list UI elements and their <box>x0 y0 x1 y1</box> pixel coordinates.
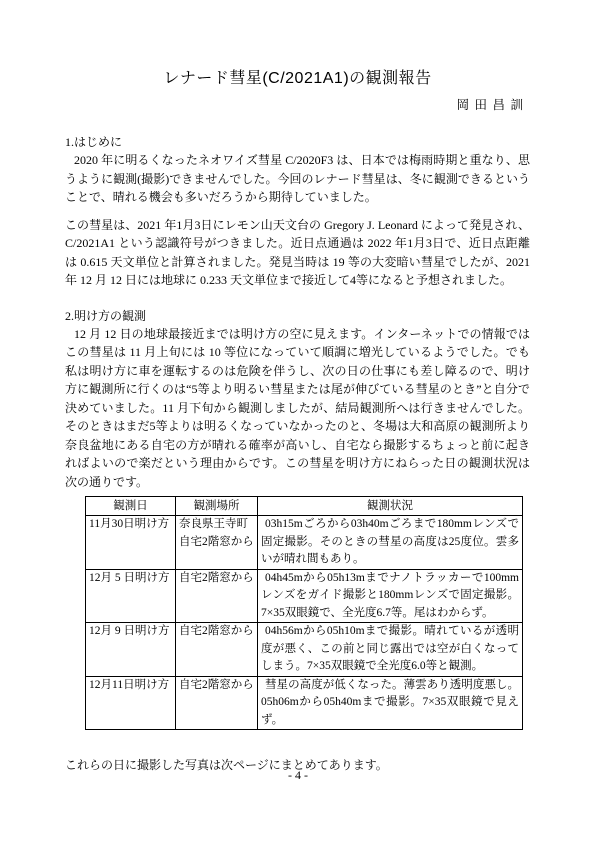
table-row: 12月 5 日明け方 自宅2階窓から 04h45mから05h13mまでナノトラッ… <box>86 569 523 623</box>
document-page: レナード彗星(C/2021A1)の観測報告 岡 田 昌 訓 1.はじめに 202… <box>0 0 596 843</box>
document-title: レナード彗星(C/2021A1)の観測報告 <box>65 68 530 90</box>
table-cell-date: 12月11日明け方 <box>86 676 176 730</box>
author-name: 岡 田 昌 訓 <box>65 97 530 113</box>
section1-paragraph2: この彗星は、2021 年1月3日にレモン山天文台の Gregory J. Leo… <box>65 216 530 290</box>
page-number: - 4 - <box>0 767 596 783</box>
table-cell-status: 04h45mから05h13mまでナノトラッカーで100mmレンズをガイド撮影と1… <box>258 569 523 623</box>
section2-heading: 2.明け方の観測 <box>65 307 530 325</box>
section1-heading: 1.はじめに <box>65 133 530 151</box>
table-row: 12月 9 日明け方 自宅2階窓から 04h56mから05h10mまで撮影。晴れ… <box>86 623 523 677</box>
table-cell-date: 11月30日明け方 <box>86 516 176 570</box>
table-cell-status: 彗星の高度が低くなった。薄雲あり透明度悪し。05h06mから05h40mまで撮影… <box>258 676 523 730</box>
observation-table: 観測日 観測場所 観測状況 11月30日明け方 奈良県王寺町 自宅2階窓から 0… <box>85 496 523 730</box>
section2-paragraph1: 12 月 12 日の地球最接近までは明け方の空に見えます。インターネットでの情報… <box>65 325 530 492</box>
table-row: 11月30日明け方 奈良県王寺町 自宅2階窓から 03h15mごろから03h40… <box>86 516 523 570</box>
table-cell-date: 12月 5 日明け方 <box>86 569 176 623</box>
table-cell-status: 03h15mごろから03h40mごろまで180mmレンズで固定撮影。そのときの彗… <box>258 516 523 570</box>
table-cell-place: 自宅2階窓から <box>176 569 258 623</box>
table-cell-place: 自宅2階窓から <box>176 623 258 677</box>
table-cell-date: 12月 9 日明け方 <box>86 623 176 677</box>
table-cell-place: 自宅2階窓から <box>176 676 258 730</box>
table-header-row: 観測日 観測場所 観測状況 <box>86 497 523 516</box>
table-cell-place: 奈良県王寺町 自宅2階窓から <box>176 516 258 570</box>
section1-paragraph1: 2020 年に明るくなったネオワイズ彗星 C/2020F3 は、日本では梅雨時期… <box>65 151 530 207</box>
table-header-date: 観測日 <box>86 497 176 516</box>
table-row: 12月11日明け方 自宅2階窓から 彗星の高度が低くなった。薄雲あり透明度悪し。… <box>86 676 523 730</box>
table-header-status: 観測状況 <box>258 497 523 516</box>
table-cell-status: 04h56mから05h10mまで撮影。晴れているが透明度が悪く、この前と同じ露出… <box>258 623 523 677</box>
document-content: レナード彗星(C/2021A1)の観測報告 岡 田 昌 訓 1.はじめに 202… <box>0 0 596 774</box>
table-header-place: 観測場所 <box>176 497 258 516</box>
